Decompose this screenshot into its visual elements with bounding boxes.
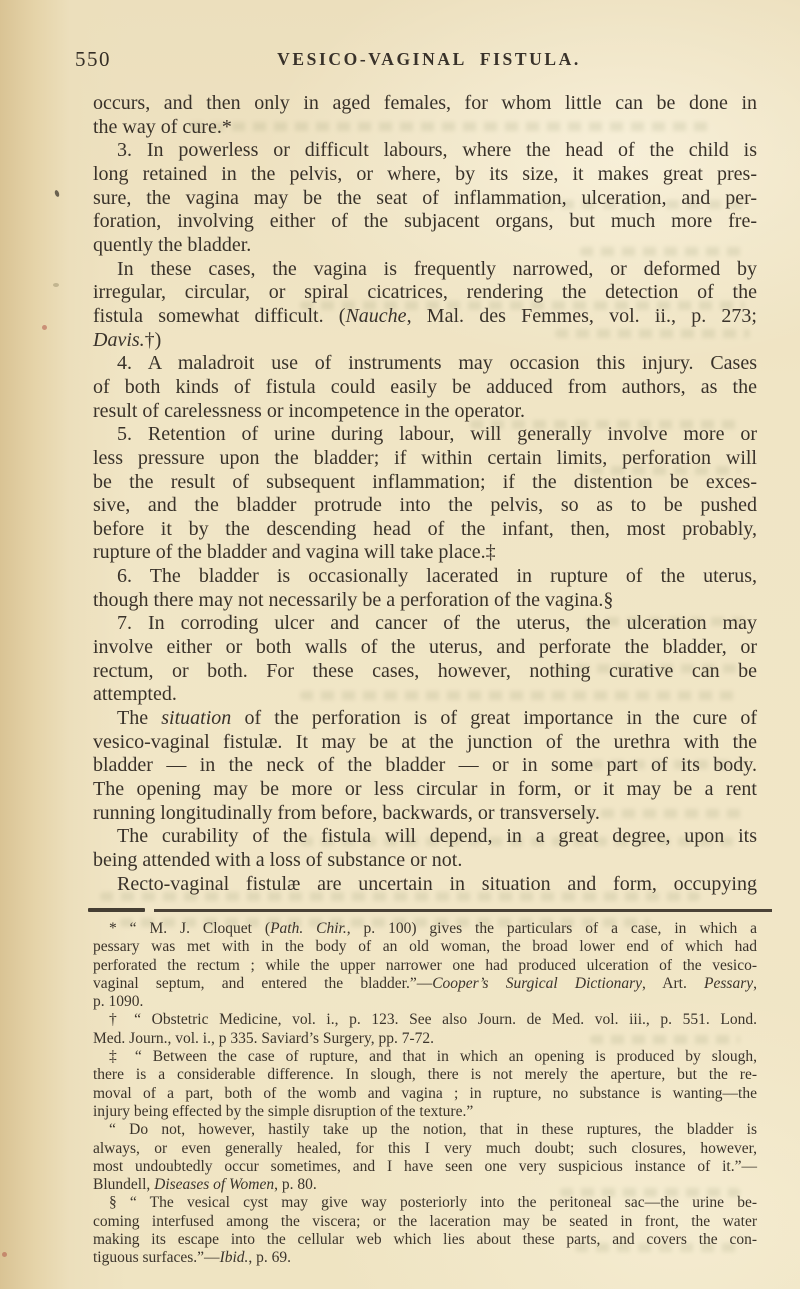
text-line: rupture of the bladder and vagina will t… [93,541,757,565]
text-line: 5. Retention of urine during labour, wil… [93,423,757,447]
text-line: Davis.†) [93,329,757,353]
text-line: “ Do not, however, hastily take up the n… [93,1121,757,1139]
text-line: always, or even generally healed, for th… [93,1140,757,1158]
text-line: * “ M. J. Cloquet (Path. Chir., p. 100) … [93,920,757,938]
text-line: Blundell, Diseases of Women, p. 80. [93,1176,757,1194]
text-line: The curability of the fistula will depen… [93,825,757,849]
text-line: though there may not necessarily be a pe… [93,589,757,613]
text-line: vesico-vaginal fistulæ. It may be at the… [93,731,757,755]
text-line: of both kinds of fistula could easily be… [93,376,757,400]
text-line: ‡ “ Between the case of rupture, and tha… [93,1048,757,1066]
text-line: tiguous surfaces.”—Ibid., p. 69. [93,1249,757,1267]
text-line: long retained in the pelvis, or where, b… [93,163,757,187]
text-line: 6. The bladder is occasionally lacerated… [93,565,757,589]
text-line: there is a considerable difference. In s… [93,1066,757,1084]
footnote-separator-short [88,908,145,912]
text-line: making its escape into the cellular web … [93,1231,757,1249]
text-line: In these cases, the vagina is frequently… [93,258,757,282]
text-line: bladder — in the neck of the bladder — o… [93,754,757,778]
text-line: being attended with a loss of substance … [93,849,757,873]
text-line: moval of a part, both of the womb and va… [93,1085,757,1103]
text-line: The situation of the perforation is of g… [93,707,757,731]
text-line: § “ The vesical cyst may give way poster… [93,1194,757,1212]
text-line: result of carelessness or incompetence i… [93,400,757,424]
text-line: sure, the vagina may be the seat of infl… [93,187,757,211]
text-line: irregular, circular, or spiral cicatrice… [93,281,757,305]
text-line: before it by the descending head of the … [93,518,757,542]
footnote-separator [154,909,772,912]
body-text: occurs, and then only in aged females, f… [93,92,757,896]
text-line: Med. Journ., vol. i., p 335. Saviard’s S… [93,1030,757,1048]
page-number: 550 [75,47,111,72]
text-line: attempted. [93,683,757,707]
text-line: occurs, and then only in aged females, f… [93,92,757,116]
running-title: VESICO-VAGINAL FISTULA. [277,49,581,70]
text-line: p. 1090. [93,993,757,1011]
text-line: vaginal septum, and entered the bladder.… [93,975,757,993]
text-line: 7. In corroding ulcer and cancer of the … [93,612,757,636]
text-line: most undoubtedly occur sometimes, and I … [93,1158,757,1176]
text-line: quently the bladder. [93,234,757,258]
text-line: sive, and the bladder protrude into the … [93,494,757,518]
text-line: fistula somewhat difficult. (Nauche, Mal… [93,305,757,329]
text-line: perforated the rectum ; while the upper … [93,957,757,975]
text-line: rectum, or both. For these cases, howeve… [93,660,757,684]
text-line: injury being effected by the simple disr… [93,1103,757,1121]
text-line: 3. In powerless or difficult labours, wh… [93,139,757,163]
text-line: less pressure upon the bladder; if withi… [93,447,757,471]
ink-speck [42,325,47,330]
ink-speck [54,190,60,198]
ink-speck [53,283,59,287]
text-line: The opening may be more or less circular… [93,778,757,802]
text-line: pessary was met with in the body of an o… [93,938,757,956]
footnotes: * “ M. J. Cloquet (Path. Chir., p. 100) … [93,920,757,1268]
ink-speck [2,1252,7,1257]
text-line: 4. A maladroit use of instruments may oc… [93,352,757,376]
book-page: 550 VESICO-VAGINAL FISTULA. occurs, and … [0,0,800,1289]
text-line: the way of cure.* [93,116,757,140]
text-line: be the result of subsequent inflammation… [93,471,757,495]
text-line: foration, involving either of the subjac… [93,210,757,234]
text-line: Recto-vaginal fistulæ are uncertain in s… [93,873,757,897]
text-line: † “ Obstetric Medicine, vol. i., p. 123.… [93,1011,757,1029]
page-header: 550 VESICO-VAGINAL FISTULA. [75,47,757,73]
text-line: involve either or both walls of the uter… [93,636,757,660]
text-line: coming interfused among the viscera; or … [93,1213,757,1231]
text-line: running longitudinally from before, back… [93,802,757,826]
